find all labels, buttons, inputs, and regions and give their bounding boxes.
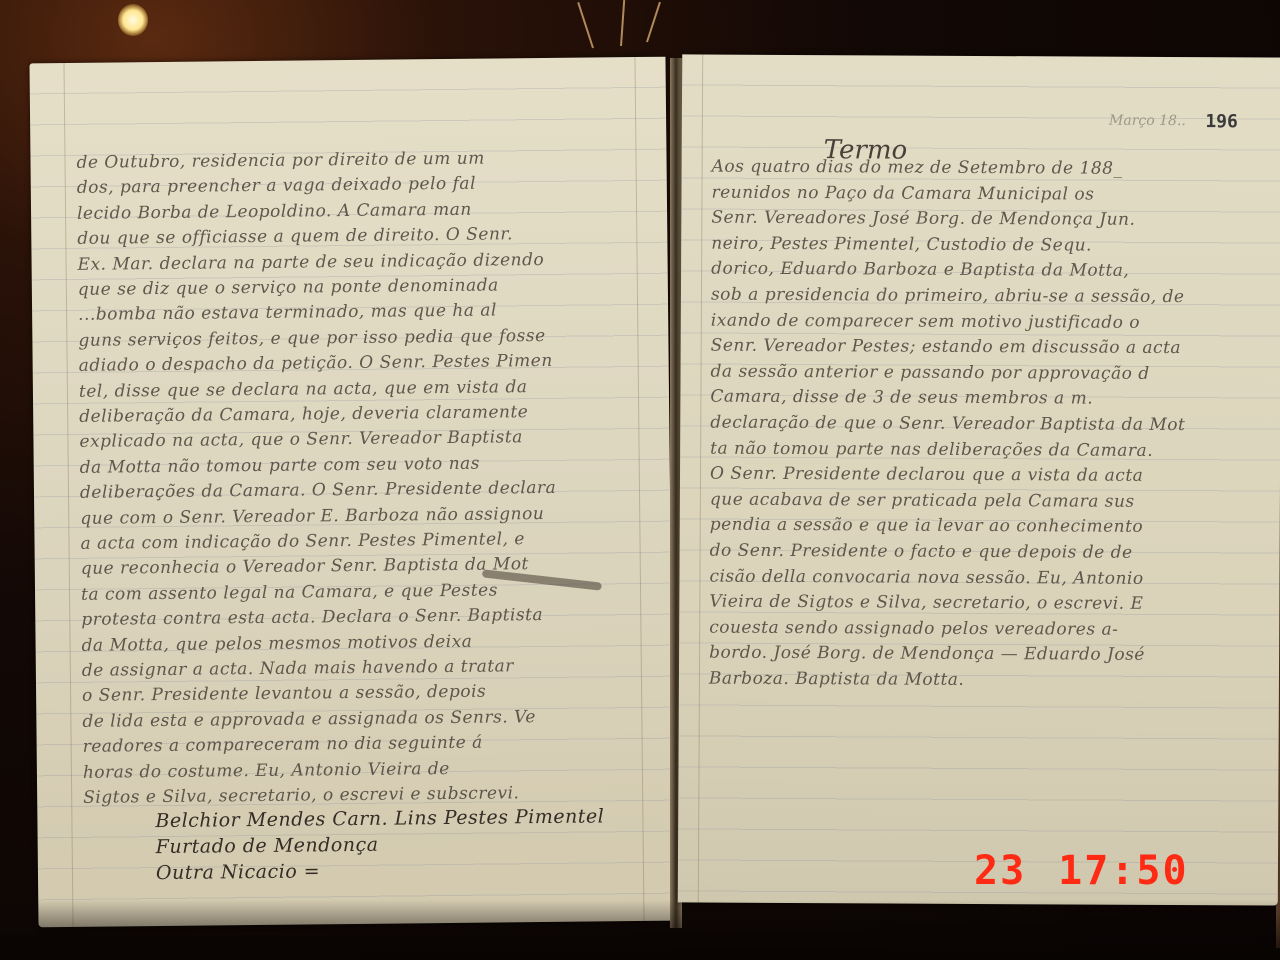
handwritten-line: sob a presidencia do primeiro, abriu-se … <box>711 285 1185 307</box>
handwritten-line: neiro, Pestes Pimentel, Custodio de Sequ… <box>711 233 1092 255</box>
handwritten-line: dorico, Eduardo Barboza e Baptista da Mo… <box>711 259 1129 281</box>
handwritten-line: declaração de que o Senr. Vereador Bapti… <box>710 413 1185 435</box>
handwritten-line: Senr. Vereador Pestes; estando em discus… <box>711 336 1181 358</box>
handwritten-line: do Senr. Presidente o facto e que depois… <box>710 541 1133 563</box>
wooden-stick <box>620 0 625 46</box>
handwritten-line: da Motta, que pelos mesmos motivos deixa <box>81 631 472 655</box>
stamp-day: 23 <box>974 848 1026 894</box>
handwritten-line: Vieira de Sigtos e Silva, secretario, o … <box>709 592 1143 614</box>
handwritten-line: Barboza. Baptista da Motta. <box>709 669 965 690</box>
camera-date-stamp: 2317:50 <box>974 848 1189 894</box>
open-ledger: de Outubro, residencia por direito de um… <box>28 48 1280 948</box>
handwritten-line: lecido Borba de Leopoldino. A Camara man <box>77 200 472 224</box>
handwritten-line: o Senr. Presidente levantou a sessão, de… <box>82 682 486 706</box>
handwritten-line: Aos quatro dias do mez de Setembro de 18… <box>712 157 1123 179</box>
handwritten-line: O Senr. Presidente declarou que a vista … <box>710 464 1143 486</box>
handwritten-line: cisão della convocaria nova sessão. Eu, … <box>709 566 1143 588</box>
handwritten-line: dos, para preencher a vaga deixado pelo … <box>77 174 476 198</box>
handwritten-line: Camara, disse de 3 de seus membros a m. <box>710 387 1093 409</box>
wooden-stick <box>646 2 661 43</box>
handwritten-line: bordo. José Borg. de Mendonça — Eduardo … <box>709 643 1145 665</box>
stamp-time: 17:50 <box>1058 848 1188 894</box>
handwritten-line: ta não tomou parte nas deliberações da C… <box>710 438 1153 460</box>
handwritten-line: reunidos no Paço da Camara Municipal os <box>711 182 1094 204</box>
handwritten-line: da sessão anterior e passando por approv… <box>711 361 1150 383</box>
handwritten-line: Senr. Vereadores José Borg. de Mendonça … <box>711 208 1135 230</box>
page-number: 196 <box>1205 111 1238 132</box>
handwritten-line: horas do costume. Eu, Antonio Vieira de <box>83 759 450 783</box>
table-shadow <box>0 900 1280 960</box>
signature: Furtado de Mendonça <box>156 834 379 858</box>
left-page: de Outubro, residencia por direito de um… <box>29 57 674 928</box>
pencil-annotation: Março 18.. <box>1109 113 1186 129</box>
handwritten-line: ixando de comparecer sem motivo justific… <box>711 310 1140 332</box>
handwritten-line: de Outubro, residencia por direito de um… <box>76 149 484 173</box>
handwritten-line: da Motta não tomou parte com seu voto na… <box>80 453 480 477</box>
right-page: Março 18.. 196 Termo Aos quatro dias do … <box>678 54 1280 905</box>
handwritten-line: pendia a sessão e que ia levar ao conhec… <box>710 515 1144 537</box>
handwritten-line: que acabava de ser praticada pela Camara… <box>710 489 1135 511</box>
wooden-stick <box>577 2 594 48</box>
signature: Belchior Mendes Carn. Lins Pestes Piment… <box>155 805 604 832</box>
signature: Outra Nicacio = <box>156 860 320 884</box>
handwritten-line: couesta sendo assignado pelos vereadores… <box>709 617 1118 639</box>
lamp-light <box>118 4 148 36</box>
handwritten-line: readores a compareceram no dia seguinte … <box>83 733 483 757</box>
